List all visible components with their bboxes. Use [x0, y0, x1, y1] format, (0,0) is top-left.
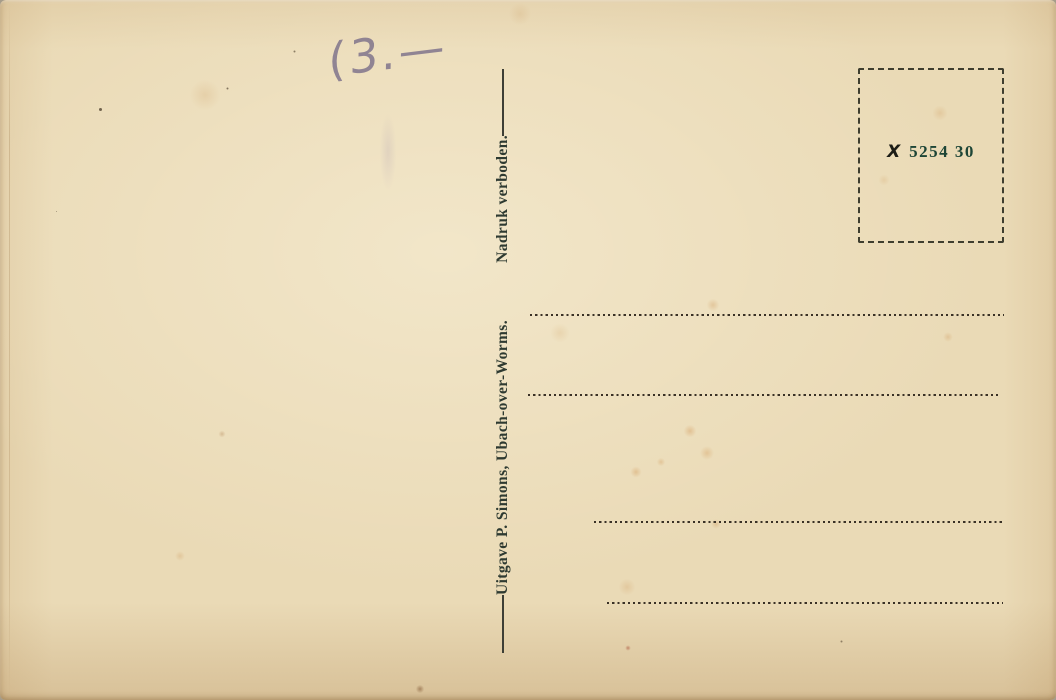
postcard-back: (3.— Uitgave P. Simons, Ubach-over-Worms…	[0, 0, 1056, 700]
address-line-3	[594, 521, 1005, 523]
address-line-2	[528, 394, 1000, 396]
publisher-name: Uitgave P. Simons, Ubach-over-Worms.	[494, 320, 512, 595]
stamp-code-prefix: X	[887, 142, 900, 162]
stamp-code-number: 5254 30	[909, 142, 975, 161]
divider-rule-bottom	[502, 595, 504, 653]
stamp-code: X5254 30	[858, 142, 1004, 162]
paper-crease	[9, 0, 10, 700]
address-line-1	[530, 314, 1004, 316]
publisher-imprint: Uitgave P. Simons, Ubach-over-Worms. Nad…	[492, 135, 514, 595]
copyright-notice: Nadruk verboden.	[494, 135, 512, 263]
paper-specks	[99, 108, 102, 111]
address-line-4	[607, 602, 1003, 604]
divider-rule-top	[502, 69, 504, 136]
